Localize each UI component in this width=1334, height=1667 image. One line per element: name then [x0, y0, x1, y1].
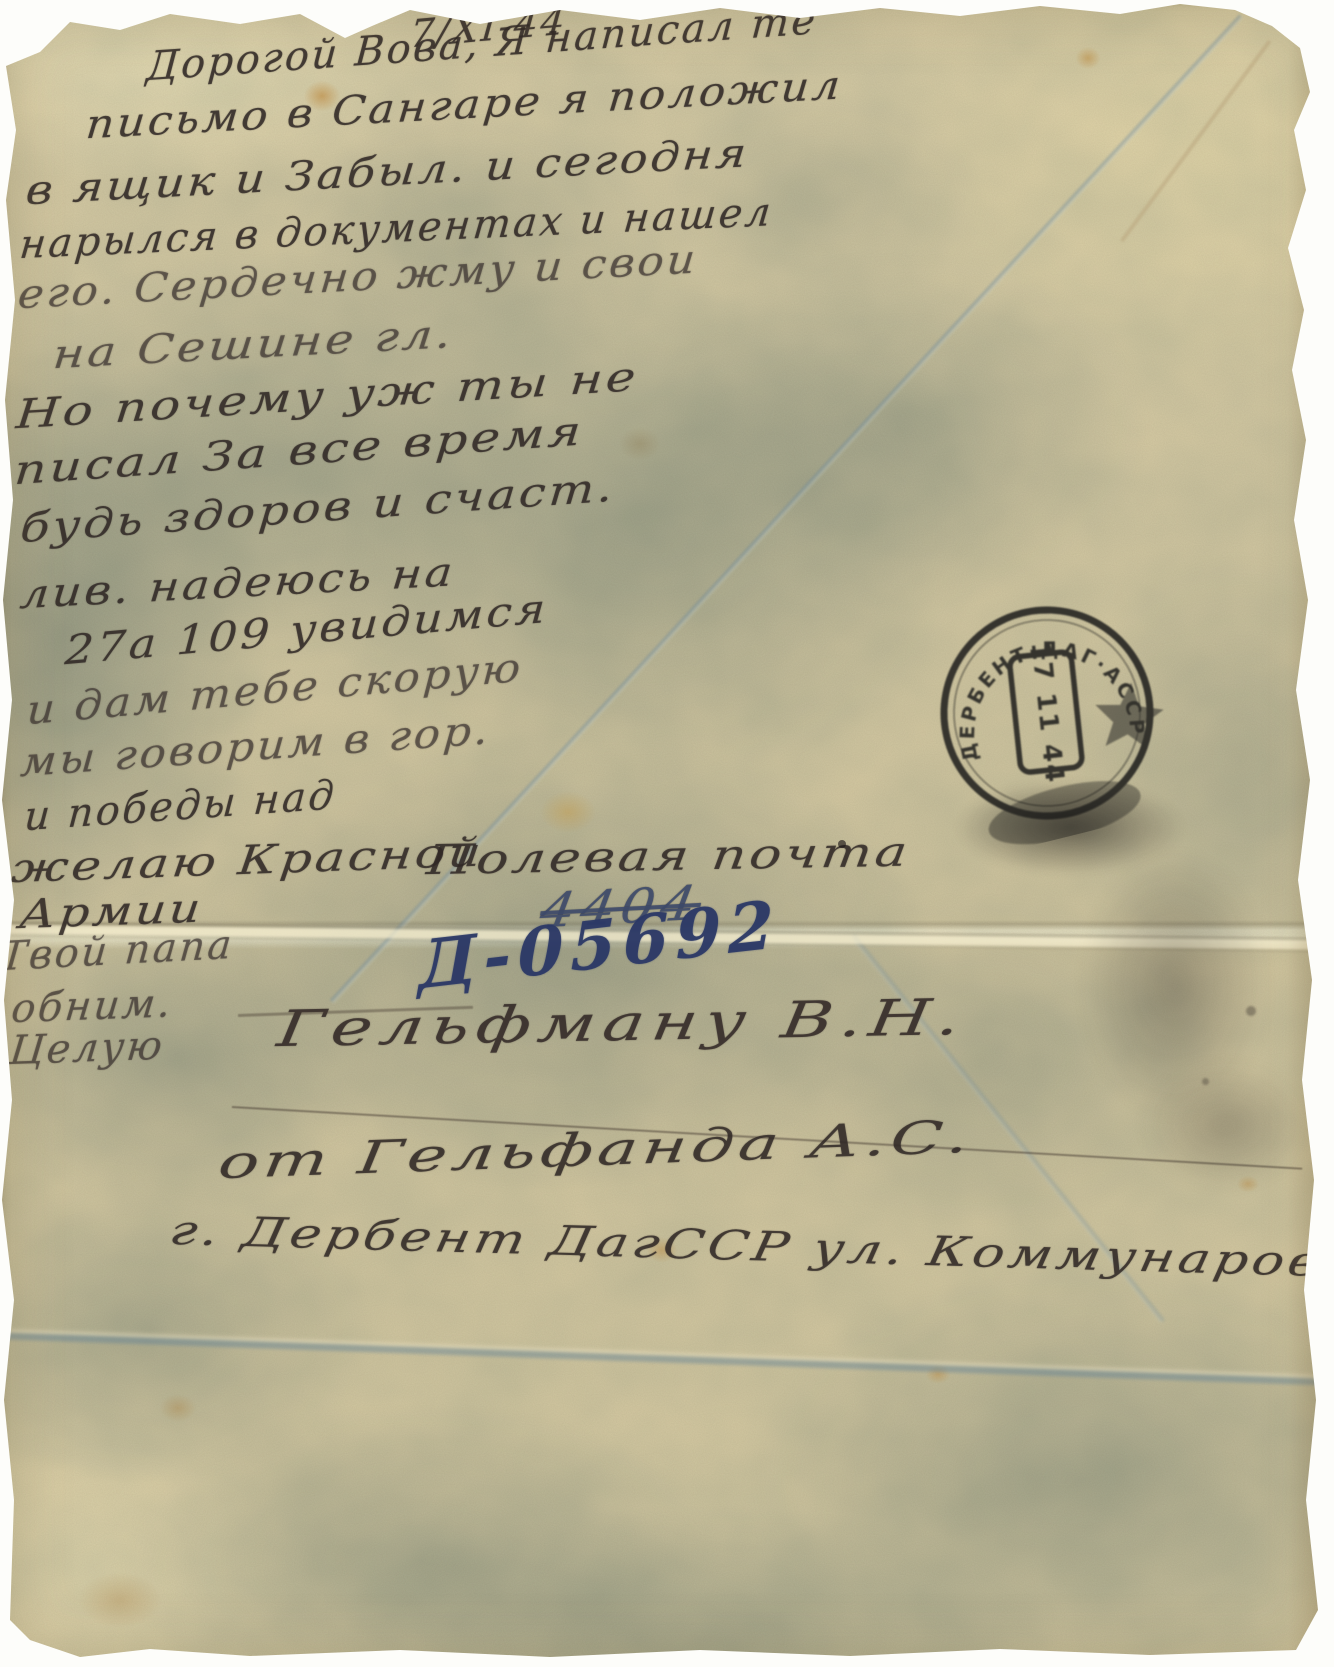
ink-dot — [1202, 1078, 1209, 1085]
star-icon — [1093, 680, 1166, 750]
handwriting-line: желаю Красной — [9, 830, 486, 893]
scanned-letter: 7/XI-44 Дорогой Вова, Я написал те письм… — [0, 0, 1334, 1667]
address-location-line: г. Дербент ДагССР ул. Коммунаров 17 — [166, 1206, 1334, 1289]
fold-crease-corner — [1120, 40, 1271, 243]
ink-dot — [1246, 1006, 1256, 1016]
ink-dot — [838, 840, 846, 848]
field-post-label: Полевая почта — [424, 828, 913, 885]
addressee-line: Гельфману В.Н. — [274, 988, 971, 1058]
ghost-stamp-smear — [1140, 1060, 1310, 1190]
sender-line: от Гельфанда А.С. — [215, 1110, 976, 1190]
fold-crease-horizontal-2 — [0, 1332, 1334, 1386]
stamp-date: 17 11 44 — [1025, 640, 1070, 785]
paper-sheet: 7/XI-44 Дорогой Вова, Я написал те письм… — [0, 0, 1334, 1667]
ghost-stamp-smear — [1080, 850, 1270, 1120]
postal-stamp: ДЕРБЕНТ·ДАГ·АССР 17 11 44 — [895, 561, 1198, 864]
handwriting-line: Целую — [7, 1023, 167, 1075]
